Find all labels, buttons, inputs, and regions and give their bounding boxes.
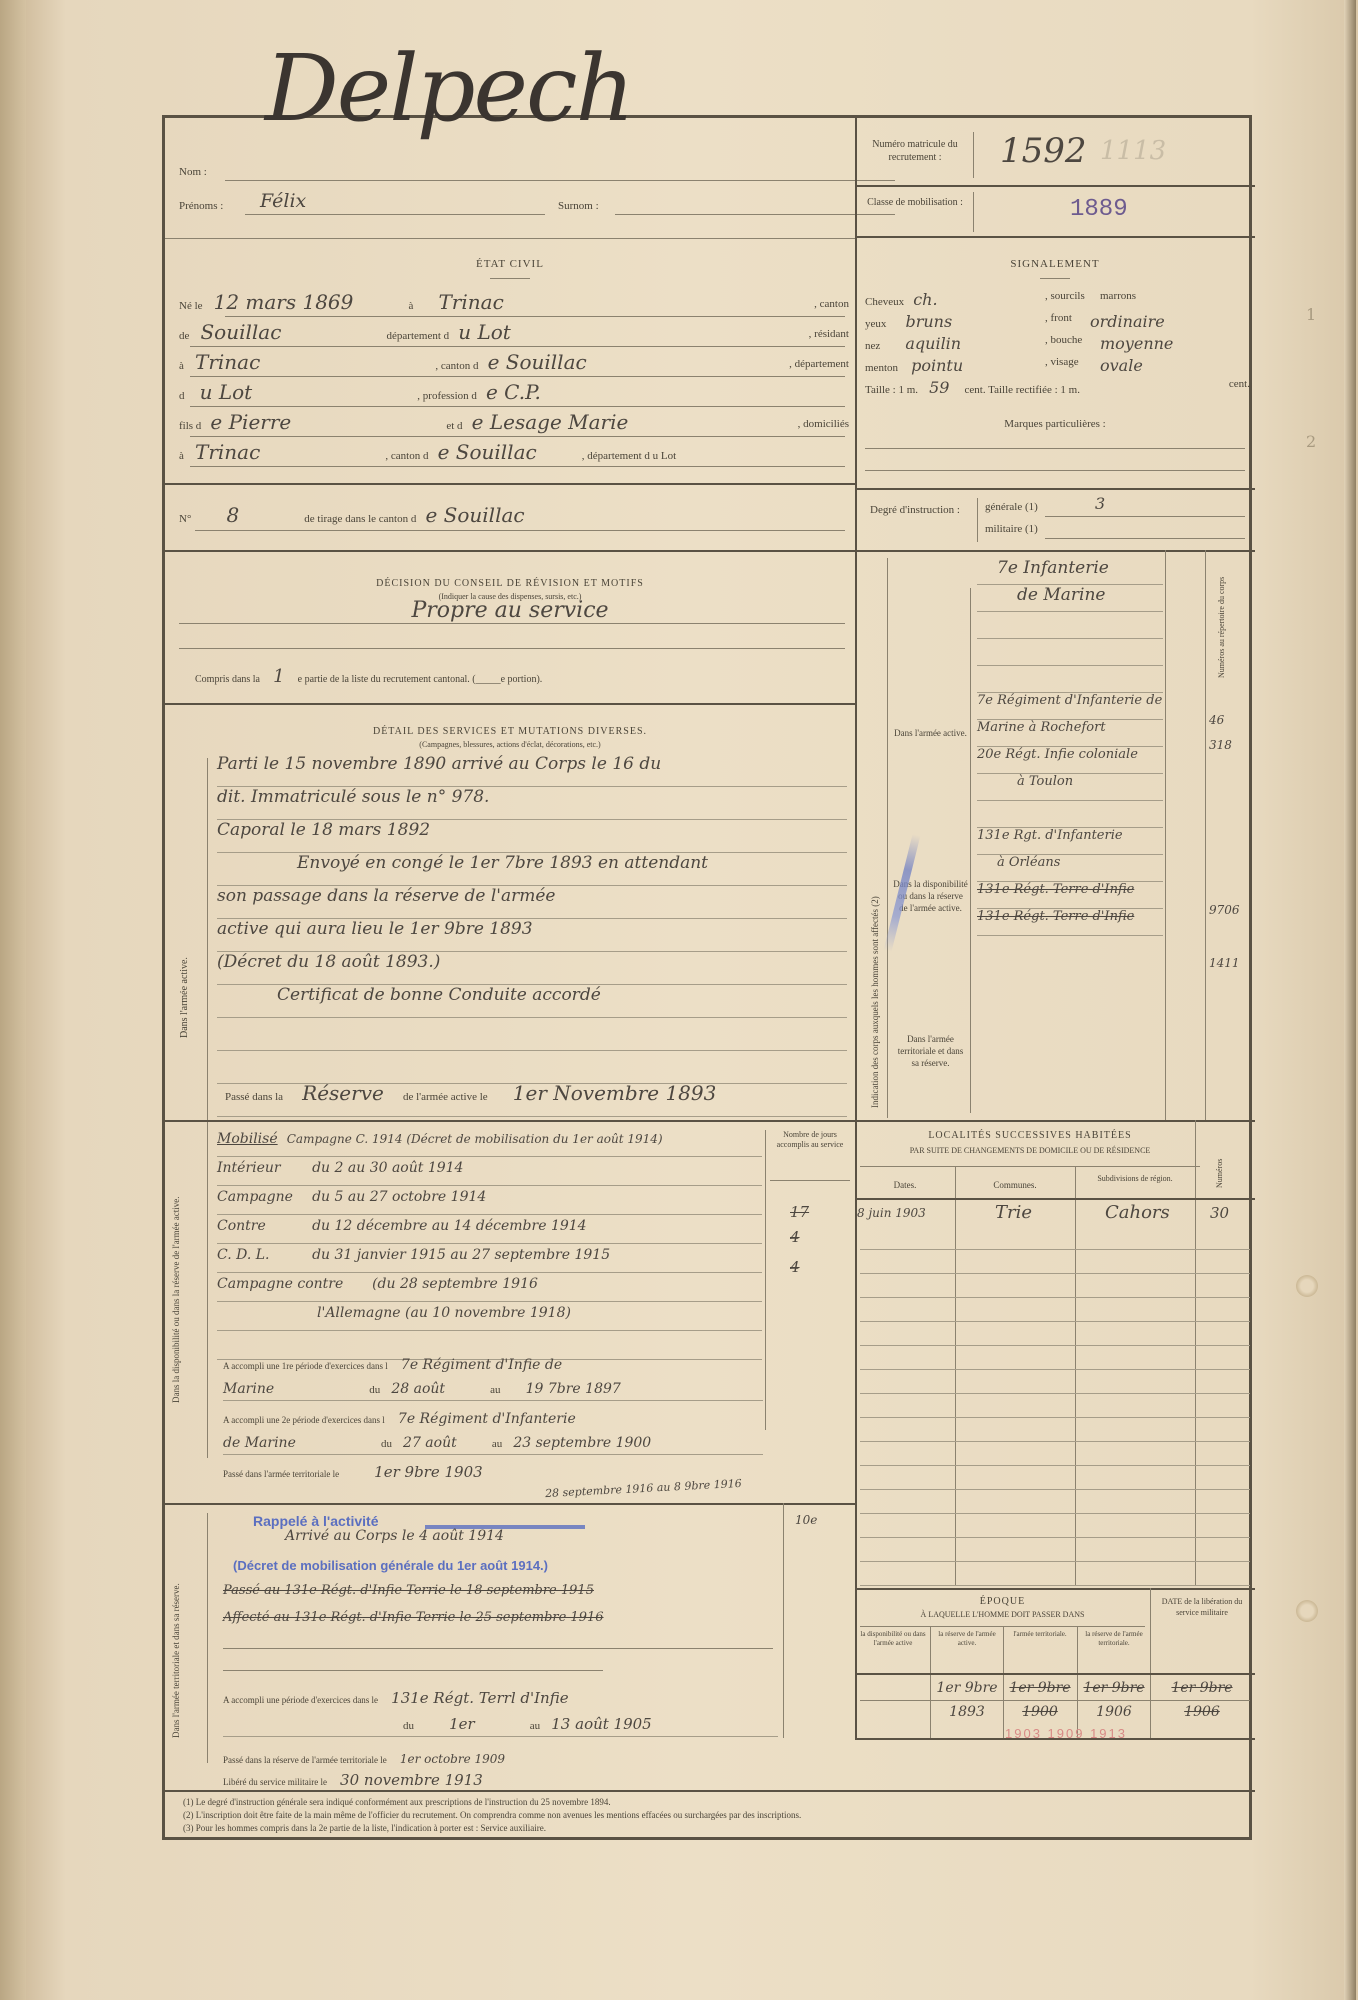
- to-label: au: [492, 1438, 502, 1450]
- signalement-row: yeux bruns , front ordinaire: [865, 312, 1250, 334]
- eyebrows-value: marrons: [1100, 290, 1136, 302]
- bracket: [207, 1128, 208, 1458]
- service-line: (Décret du 18 août 1893.): [217, 952, 847, 985]
- signalement-rows: Cheveux ch. , sourcils marrons yeux brun…: [865, 290, 1250, 400]
- canton-value: Souillac: [200, 320, 281, 344]
- periode1-corps2: Marine: [223, 1381, 274, 1397]
- rule: [179, 648, 845, 649]
- surname-handwritten: Delpech: [265, 35, 633, 142]
- rule: [190, 406, 845, 407]
- line-mid: , canton d: [385, 450, 428, 462]
- to-label: au: [490, 1384, 500, 1396]
- rule: [165, 703, 855, 705]
- epoque-cell: 1er 9bre: [1152, 1680, 1252, 1696]
- height-value: 59: [929, 378, 949, 397]
- rule: [223, 1648, 773, 1649]
- forehead-label: , front: [1045, 312, 1072, 324]
- passe-territoriale: Passé dans l'armée territoriale le 1er 9…: [223, 1462, 763, 1481]
- reserve-line-value: du 12 décembre au 14 décembre 1914: [312, 1218, 586, 1234]
- reserve-line: Mobilisé Campagne C. 1914 (Décret de mob…: [217, 1128, 762, 1157]
- reserve-line: Campagne contre (du 28 septembre 1916: [217, 1273, 762, 1302]
- struck-line: Affecté au 131e Régt. d'Infie Terrie le …: [223, 1610, 604, 1625]
- libere-label: Libéré du service militaire le: [223, 1777, 327, 1787]
- corps-number: 1411: [1209, 956, 1240, 970]
- footnote-3: (3) Pour les hommes compris dans la 2e p…: [183, 1822, 1243, 1835]
- eyebrows-label: , sourcils: [1045, 290, 1085, 302]
- service-line: Parti le 15 novembre 1890 arrivé au Corp…: [217, 754, 847, 787]
- reserve-line-label: C. D. L.: [217, 1247, 307, 1263]
- rule: [1040, 278, 1070, 279]
- to-label: au: [530, 1720, 540, 1732]
- compris-line: Compris dans la 1 e partie de la liste d…: [195, 666, 542, 687]
- rule: [165, 1503, 855, 1505]
- reserve-line-label: Campagne: [217, 1189, 307, 1205]
- profession-value: e C.P.: [486, 380, 541, 404]
- days-mark: 4: [790, 1258, 800, 1276]
- epoque-subtitle: À LAQUELLE L'HOMME DOIT PASSER DANS: [855, 1610, 1150, 1619]
- rule: [1045, 516, 1245, 517]
- tirage-canton-value: e Souillac: [425, 503, 524, 527]
- class-year: 1889: [1070, 196, 1128, 223]
- column-divider: [783, 1503, 784, 1738]
- rule: [865, 448, 1245, 449]
- rule: [855, 1673, 1255, 1675]
- epoque-col: l'armée territoriale.: [1004, 1630, 1076, 1639]
- service-line: Envoyé en congé le 1er 7bre 1893 en atte…: [217, 853, 847, 886]
- book-spine: [0, 0, 26, 2000]
- service-line: Caporal le 18 mars 1892: [217, 820, 847, 853]
- class-label: Classe de mobilisation :: [865, 196, 965, 209]
- service-line: dit. Immatriculé sous le n° 978.: [217, 787, 847, 820]
- reserve-line: C. D. L. du 31 janvier 1915 au 27 septem…: [217, 1244, 762, 1273]
- reserve-line-value: du 5 au 27 octobre 1914: [312, 1189, 486, 1205]
- height-row: Taille : 1 m. 59 cent. Taille rectifiée …: [865, 378, 1250, 400]
- territoriale-mark: 10e: [795, 1513, 817, 1527]
- passe-reserve-territoriale: Passé dans la réserve de l'armée territo…: [223, 1748, 778, 1767]
- epoque-cell: 1er 9bre: [1078, 1680, 1150, 1696]
- parents-canton: e Souillac: [438, 440, 537, 464]
- line-mid: , profession d: [417, 390, 477, 402]
- rule: [190, 346, 845, 347]
- corps-entry: à Toulon: [977, 774, 1163, 801]
- bracket: [207, 758, 208, 1158]
- territoriale-periode-label: A accompli une période d'exercices dans …: [223, 1695, 378, 1705]
- rule: [165, 1790, 1255, 1792]
- passe-res-label: Passé dans la réserve de l'armée territo…: [223, 1755, 387, 1765]
- corps-entry: 131e Rgt. d'Infanterie: [977, 828, 1163, 855]
- libere-value: 30 novembre 1913: [340, 1771, 483, 1789]
- residence-canton: e Souillac: [488, 350, 587, 374]
- reserve-line-label: Mobilisé: [217, 1131, 278, 1147]
- reserve-line: Contre du 12 décembre au 14 décembre 191…: [217, 1215, 762, 1244]
- periode2-dates: de Marine du 27 août au 23 septembre 190…: [223, 1432, 763, 1455]
- localite-subdivision: Cahors: [1105, 1202, 1170, 1223]
- department-value: u Lot: [458, 320, 511, 344]
- corps-entry: 20e Régt. Infie coloniale: [977, 747, 1163, 774]
- localites-col-date: Dates.: [855, 1180, 955, 1190]
- rule: [190, 466, 845, 467]
- periode2-from: 27 août: [403, 1435, 457, 1451]
- passe-res-value: 1er octobre 1909: [400, 1752, 505, 1766]
- matricule-faint: 1113: [1100, 136, 1166, 166]
- bracket: [887, 558, 888, 1118]
- face-label: , visage: [1045, 356, 1079, 368]
- brace: [977, 498, 978, 542]
- periode2-corps: 7e Régiment d'Infanterie: [398, 1411, 576, 1427]
- periode2-to: 23 septembre 1900: [513, 1435, 651, 1451]
- periode1-from: 28 août: [391, 1381, 445, 1397]
- reserve-line-value: du 31 janvier 1915 au 27 septembre 1915: [312, 1247, 610, 1263]
- corps-number-col-label: Numéros au répertoire du corps: [1217, 558, 1226, 678]
- epoque-cell: 1er 9bre: [1004, 1680, 1076, 1696]
- rule: [860, 1700, 1250, 1701]
- corps-entry-empty: [977, 801, 1163, 828]
- rule: [855, 1738, 1255, 1740]
- services-lines: Parti le 15 novembre 1890 arrivé au Corp…: [217, 754, 847, 1117]
- hair-label: Cheveux: [865, 296, 904, 308]
- services-side-label: Dans l'armée active.: [179, 898, 190, 1038]
- signalement-row: menton pointu , visage ovale: [865, 356, 1250, 378]
- birth-date: 12 mars 1869: [214, 290, 354, 314]
- territoriale-to: 13 août 1905: [551, 1715, 651, 1733]
- corps-side-label: Indication des corps auxquels les hommes…: [870, 618, 880, 1108]
- father-name: e Pierre: [210, 410, 291, 434]
- page-edge: [1344, 0, 1356, 2000]
- bracket: [207, 1513, 208, 1763]
- libere-line: Libéré du service militaire le 30 novemb…: [223, 1770, 778, 1789]
- nose-label: nez: [865, 340, 880, 352]
- registration-form: Nom : Prénoms : Félix Surnom : Numéro ma…: [162, 115, 1252, 1840]
- matricule-label: Numéro matricule du recrutement :: [865, 138, 965, 164]
- corps-number: 318: [1209, 738, 1232, 752]
- service-line: son passage dans la réserve de l'armée: [217, 886, 847, 919]
- reserve-line-value: Campagne C. 1914 (Décret de mobilisation…: [287, 1132, 663, 1146]
- reserve-line: l'Allemagne (au 10 novembre 1918): [217, 1302, 762, 1331]
- periode2-corps2: de Marine: [223, 1435, 296, 1451]
- reserve-line-label: Contre: [217, 1218, 307, 1234]
- line-prefix: à: [179, 450, 184, 462]
- periode2-label: A accompli une 2e période d'exercices da…: [223, 1415, 385, 1425]
- days-mark: 4: [790, 1228, 800, 1246]
- passe-value: Réserve: [302, 1081, 384, 1105]
- corps-row-label-active: Dans l'armée active.: [893, 728, 968, 738]
- column-divider: [1150, 1588, 1151, 1738]
- rule: [165, 550, 855, 552]
- height-label: Taille : 1 m.: [865, 384, 918, 396]
- rule: [223, 1670, 603, 1671]
- line-prefix: d: [179, 390, 185, 402]
- localite-numero: 30: [1210, 1204, 1229, 1222]
- rule: [865, 470, 1245, 471]
- rule: [855, 236, 1255, 238]
- rule: [195, 530, 845, 531]
- rule: [1045, 538, 1245, 539]
- rule: [165, 238, 855, 239]
- decret-stamp: (Décret de mobilisation générale du 1er …: [233, 1558, 548, 1573]
- corps-entry: Marine à Rochefort: [977, 720, 1163, 747]
- localites-subtitle: PAR SUITE DE CHANGEMENTS DE DOMICILE OU …: [855, 1146, 1205, 1155]
- matricule-value: 1592: [1000, 131, 1087, 171]
- rule: [245, 214, 545, 215]
- line-prefix: à: [179, 360, 184, 372]
- localites-col-subdivision: Subdivisions de région.: [1075, 1174, 1195, 1183]
- footnotes: (1) Le degré d'instruction générale sera…: [183, 1796, 1243, 1835]
- periode1-label: A accompli une 1re période d'exercices d…: [223, 1361, 388, 1371]
- instruction-military-label: militaire (1): [985, 523, 1038, 535]
- service-line-empty: [217, 1018, 847, 1051]
- localites-col-numero: Numéros: [1215, 1128, 1224, 1188]
- etat-civil-line: de Souillac département d u Lot , résida…: [179, 320, 855, 348]
- mouth-label: , bouche: [1045, 334, 1082, 346]
- service-line: active qui aura lieu le 1er 9bre 1893: [217, 919, 847, 952]
- epoque-cell: 1906: [1152, 1704, 1252, 1720]
- line-suffix: , département: [789, 358, 849, 370]
- column-divider: [765, 1130, 766, 1430]
- rule: [855, 550, 1255, 552]
- passe-territoriale-label: Passé dans l'armée territoriale le: [223, 1469, 339, 1479]
- line-suffix: , résidant: [809, 328, 849, 340]
- column-divider: [855, 118, 857, 1738]
- from-label: du: [381, 1438, 392, 1450]
- column-divider: [1165, 550, 1166, 1120]
- line-prefix: de: [179, 330, 189, 342]
- etat-civil-line: Né le 12 mars 1869 à Trinac , canton: [179, 290, 855, 318]
- instruction-label: Degré d'instruction :: [865, 503, 965, 517]
- first-names-label: Prénoms :: [179, 200, 223, 212]
- etat-civil-line: fils d e Pierre et d e Lesage Marie , do…: [179, 410, 855, 438]
- reserve-line: Campagne du 5 au 27 octobre 1914: [217, 1186, 762, 1215]
- epoque-title: ÉPOQUE: [855, 1596, 1150, 1607]
- rule: [855, 185, 1255, 187]
- signalement-row: Cheveux ch. , sourcils marrons: [865, 290, 1250, 312]
- margin-mark-2: 2: [1306, 432, 1316, 451]
- birth-place: Trinac: [438, 290, 503, 314]
- tirage-no-label: N°: [179, 513, 191, 525]
- localites-col-commune: Communes.: [955, 1180, 1075, 1190]
- compris-label: Compris dans la: [195, 674, 260, 685]
- eyes-label: yeux: [865, 318, 886, 330]
- periode1-corps: 7e Régiment d'Infie de: [401, 1357, 562, 1373]
- passe-territoriale-value: 1er 9bre 1903: [374, 1463, 483, 1481]
- rappele-handwritten: Arrivé au Corps le 4 août 1914: [285, 1528, 504, 1544]
- reserve-line-value: (du 28 septembre 1916: [372, 1276, 538, 1292]
- corps-entries: 7e Infanterie de Marine 7e Régiment d'In…: [977, 558, 1163, 936]
- height-unit: cent.: [1229, 378, 1250, 390]
- epoque-cell: 1900: [1004, 1704, 1076, 1720]
- rule: [225, 180, 895, 181]
- punch-hole: [1296, 1600, 1318, 1622]
- footnote-1: (1) Le degré d'instruction générale sera…: [183, 1796, 1243, 1809]
- line-suffix: , canton: [814, 298, 849, 310]
- struck-line: Passé au 131e Régt. d'Infie Terrie le 18…: [223, 1583, 594, 1598]
- corps-entry: 7e Infanterie: [977, 558, 1163, 585]
- face-value: ovale: [1100, 356, 1143, 375]
- reserve-side-label: Dans la disponibilité ou dans la réserve…: [171, 1203, 181, 1403]
- services-subtitle: (Campagnes, blessures, actions d'éclat, …: [165, 740, 855, 749]
- corps-entry-empty: [977, 666, 1163, 693]
- residence-value: Trinac: [195, 350, 260, 374]
- corps-entry-empty: [977, 612, 1163, 639]
- epoque-cell: 1er 9bre: [931, 1680, 1003, 1696]
- rule: [490, 278, 530, 279]
- brace: [973, 192, 974, 232]
- corps-number: 46: [1209, 713, 1224, 727]
- rule: [615, 214, 895, 215]
- reserve-line-label: Intérieur: [217, 1160, 307, 1176]
- forehead-value: ordinaire: [1090, 312, 1165, 331]
- localites-title: LOCALITÉS SUCCESSIVES HABITÉES: [855, 1130, 1205, 1141]
- localite-date: 8 juin 1903: [857, 1206, 926, 1220]
- rule: [860, 1166, 1200, 1167]
- decision-value: Propre au service: [165, 598, 855, 623]
- periode1: A accompli une 1re période d'exercices d…: [223, 1354, 763, 1373]
- reserve-line-label: Campagne contre: [217, 1276, 367, 1292]
- epoque-col: la réserve de l'armée territoriale.: [1078, 1630, 1150, 1648]
- reserve-line-value: du 2 au 30 août 1914: [312, 1160, 463, 1176]
- etat-civil-line: à Trinac , canton d e Souillac , départe…: [179, 440, 855, 468]
- line-suffix: , département d u Lot: [582, 450, 676, 462]
- periode1-dates: Marine du 28 août au 19 7bre 1897: [223, 1378, 763, 1401]
- epoque-col: la disponibilité ou dans l'armée active: [857, 1630, 929, 1648]
- first-names-value: Félix: [260, 190, 306, 212]
- reserve-lines: Mobilisé Campagne C. 1914 (Décret de mob…: [217, 1128, 762, 1360]
- line-mid: , canton d: [435, 360, 478, 372]
- rule: [179, 623, 845, 624]
- brace: [970, 588, 971, 1113]
- passe-mid: de l'armée active le: [403, 1091, 488, 1103]
- rappele-stamp: Rappelé à l'activité: [253, 1513, 379, 1529]
- corps-entry-empty: [977, 639, 1163, 666]
- signalement-row: nez aquilin , bouche moyenne: [865, 334, 1250, 356]
- surname-label: Nom :: [179, 166, 207, 178]
- territoriale-periode: A accompli une période d'exercices dans …: [223, 1688, 778, 1707]
- column-divider: [1205, 550, 1206, 1120]
- reserve-line: Intérieur du 2 au 30 août 1914: [217, 1157, 762, 1186]
- passe-label: Passé dans la: [225, 1091, 283, 1103]
- reserve-days-col-label: Nombre de jours accomplis au service: [767, 1130, 853, 1150]
- nose-value: aquilin: [905, 334, 961, 353]
- localites-empty-rows: [860, 1226, 1250, 1586]
- rule: [855, 488, 1255, 490]
- localite-commune: Trie: [995, 1202, 1032, 1223]
- etat-civil-line: à Trinac , canton d e Souillac , départe…: [179, 350, 855, 378]
- corrected-height-label: cent. Taille rectifiée : 1 m.: [965, 384, 1080, 396]
- chin-value: pointu: [911, 356, 963, 375]
- line-mid: et d: [446, 420, 462, 432]
- line-mid: à: [408, 300, 413, 312]
- passe-reserve-line: Passé dans la Réserve de l'armée active …: [225, 1081, 845, 1105]
- territoriale-periode-corps: 131e Régt. Terrl d'Infie: [391, 1689, 568, 1707]
- signalement-title: SIGNALEMENT: [855, 258, 1255, 270]
- periode2: A accompli une 2e période d'exercices da…: [223, 1408, 763, 1427]
- compris-value: 1: [273, 666, 284, 687]
- rule: [190, 376, 845, 377]
- passe-date: 1er Novembre 1893: [513, 1081, 717, 1105]
- tirage-line: N° 8 de tirage dans le canton d e Souill…: [179, 503, 855, 527]
- etat-civil-title: ÉTAT CIVIL: [165, 258, 855, 270]
- service-line-empty: [217, 1051, 847, 1084]
- line-prefix: Né le: [179, 300, 203, 312]
- brace: [973, 132, 974, 178]
- instruction-general-label: générale (1): [985, 501, 1038, 513]
- tirage-no-value: 8: [226, 503, 239, 527]
- instruction-general-value: 3: [1095, 494, 1105, 513]
- territoriale-from: 1er: [449, 1715, 475, 1733]
- line-prefix: fils d: [179, 420, 201, 432]
- epoque-cell: 1906: [1078, 1704, 1150, 1720]
- chin-label: menton: [865, 362, 898, 374]
- parents-residence: Trinac: [195, 440, 260, 464]
- rule: [225, 316, 845, 317]
- rule: [855, 1198, 1255, 1200]
- decision-title: DÉCISION DU CONSEIL DE RÉVISION ET MOTIF…: [165, 578, 855, 589]
- corps-entry: de Marine: [977, 585, 1163, 612]
- from-label: du: [403, 1720, 414, 1732]
- epoque-col: la réserve de l'armée active.: [931, 1630, 1003, 1648]
- corps-number: 9706: [1209, 903, 1240, 917]
- days-mark: 17: [790, 1203, 809, 1221]
- corps-entry-struck: 131e Régt. Terre d'Infie: [977, 909, 1163, 936]
- compris-suffix: e partie de la liste du recrutement cant…: [298, 674, 543, 685]
- mouth-value: moyenne: [1100, 334, 1173, 353]
- rule: [770, 1180, 850, 1181]
- line-suffix: , domiciliés: [798, 418, 849, 430]
- hair-value: ch.: [913, 290, 937, 309]
- marks-label: Marques particulières :: [855, 418, 1255, 430]
- territoriale-periode-dates: du 1er au 13 août 1905: [223, 1714, 778, 1737]
- reserve-line-value: l'Allemagne (au 10 novembre 1918): [217, 1305, 571, 1321]
- epoque-cell: 1893: [931, 1704, 1003, 1720]
- territoriale-side-label: Dans l'armée territoriale et dans sa rés…: [171, 1538, 181, 1738]
- service-line: Certificat de bonne Conduite accordé: [217, 985, 847, 1018]
- residence-department: u Lot: [200, 380, 253, 404]
- mother-name: e Lesage Marie: [472, 410, 629, 434]
- rule: [165, 483, 855, 485]
- rule: [190, 436, 845, 437]
- corps-entry: 7e Régiment d'Infanterie de: [977, 693, 1163, 720]
- corps-row-label-territoriale: Dans l'armée territoriale et dans sa rés…: [893, 1033, 968, 1069]
- etat-civil-line: d u Lot , profession d e C.P.: [179, 380, 855, 408]
- tirage-label: de tirage dans le canton d: [304, 513, 416, 525]
- services-title: DÉTAIL DES SERVICES ET MUTATIONS DIVERSE…: [165, 726, 855, 737]
- corps-entry-struck: 131e Régt. Terre d'Infie: [977, 882, 1163, 909]
- rule: [855, 1588, 1255, 1590]
- periode1-to: 19 7bre 1897: [526, 1381, 621, 1397]
- epoque-date-col-label: DATE de la libération du service militai…: [1152, 1596, 1252, 1618]
- line-mid: département d: [387, 330, 450, 342]
- nickname-label: Surnom :: [558, 200, 599, 212]
- punch-hole: [1296, 1275, 1318, 1297]
- margin-mark-1: 1: [1306, 305, 1316, 324]
- eyes-value: bruns: [905, 312, 952, 331]
- footnote-2: (2) L'inscription doit être faite de la …: [183, 1809, 1243, 1822]
- from-label: du: [369, 1384, 380, 1396]
- rule: [165, 1120, 855, 1122]
- corps-entry: à Orléans: [977, 855, 1163, 882]
